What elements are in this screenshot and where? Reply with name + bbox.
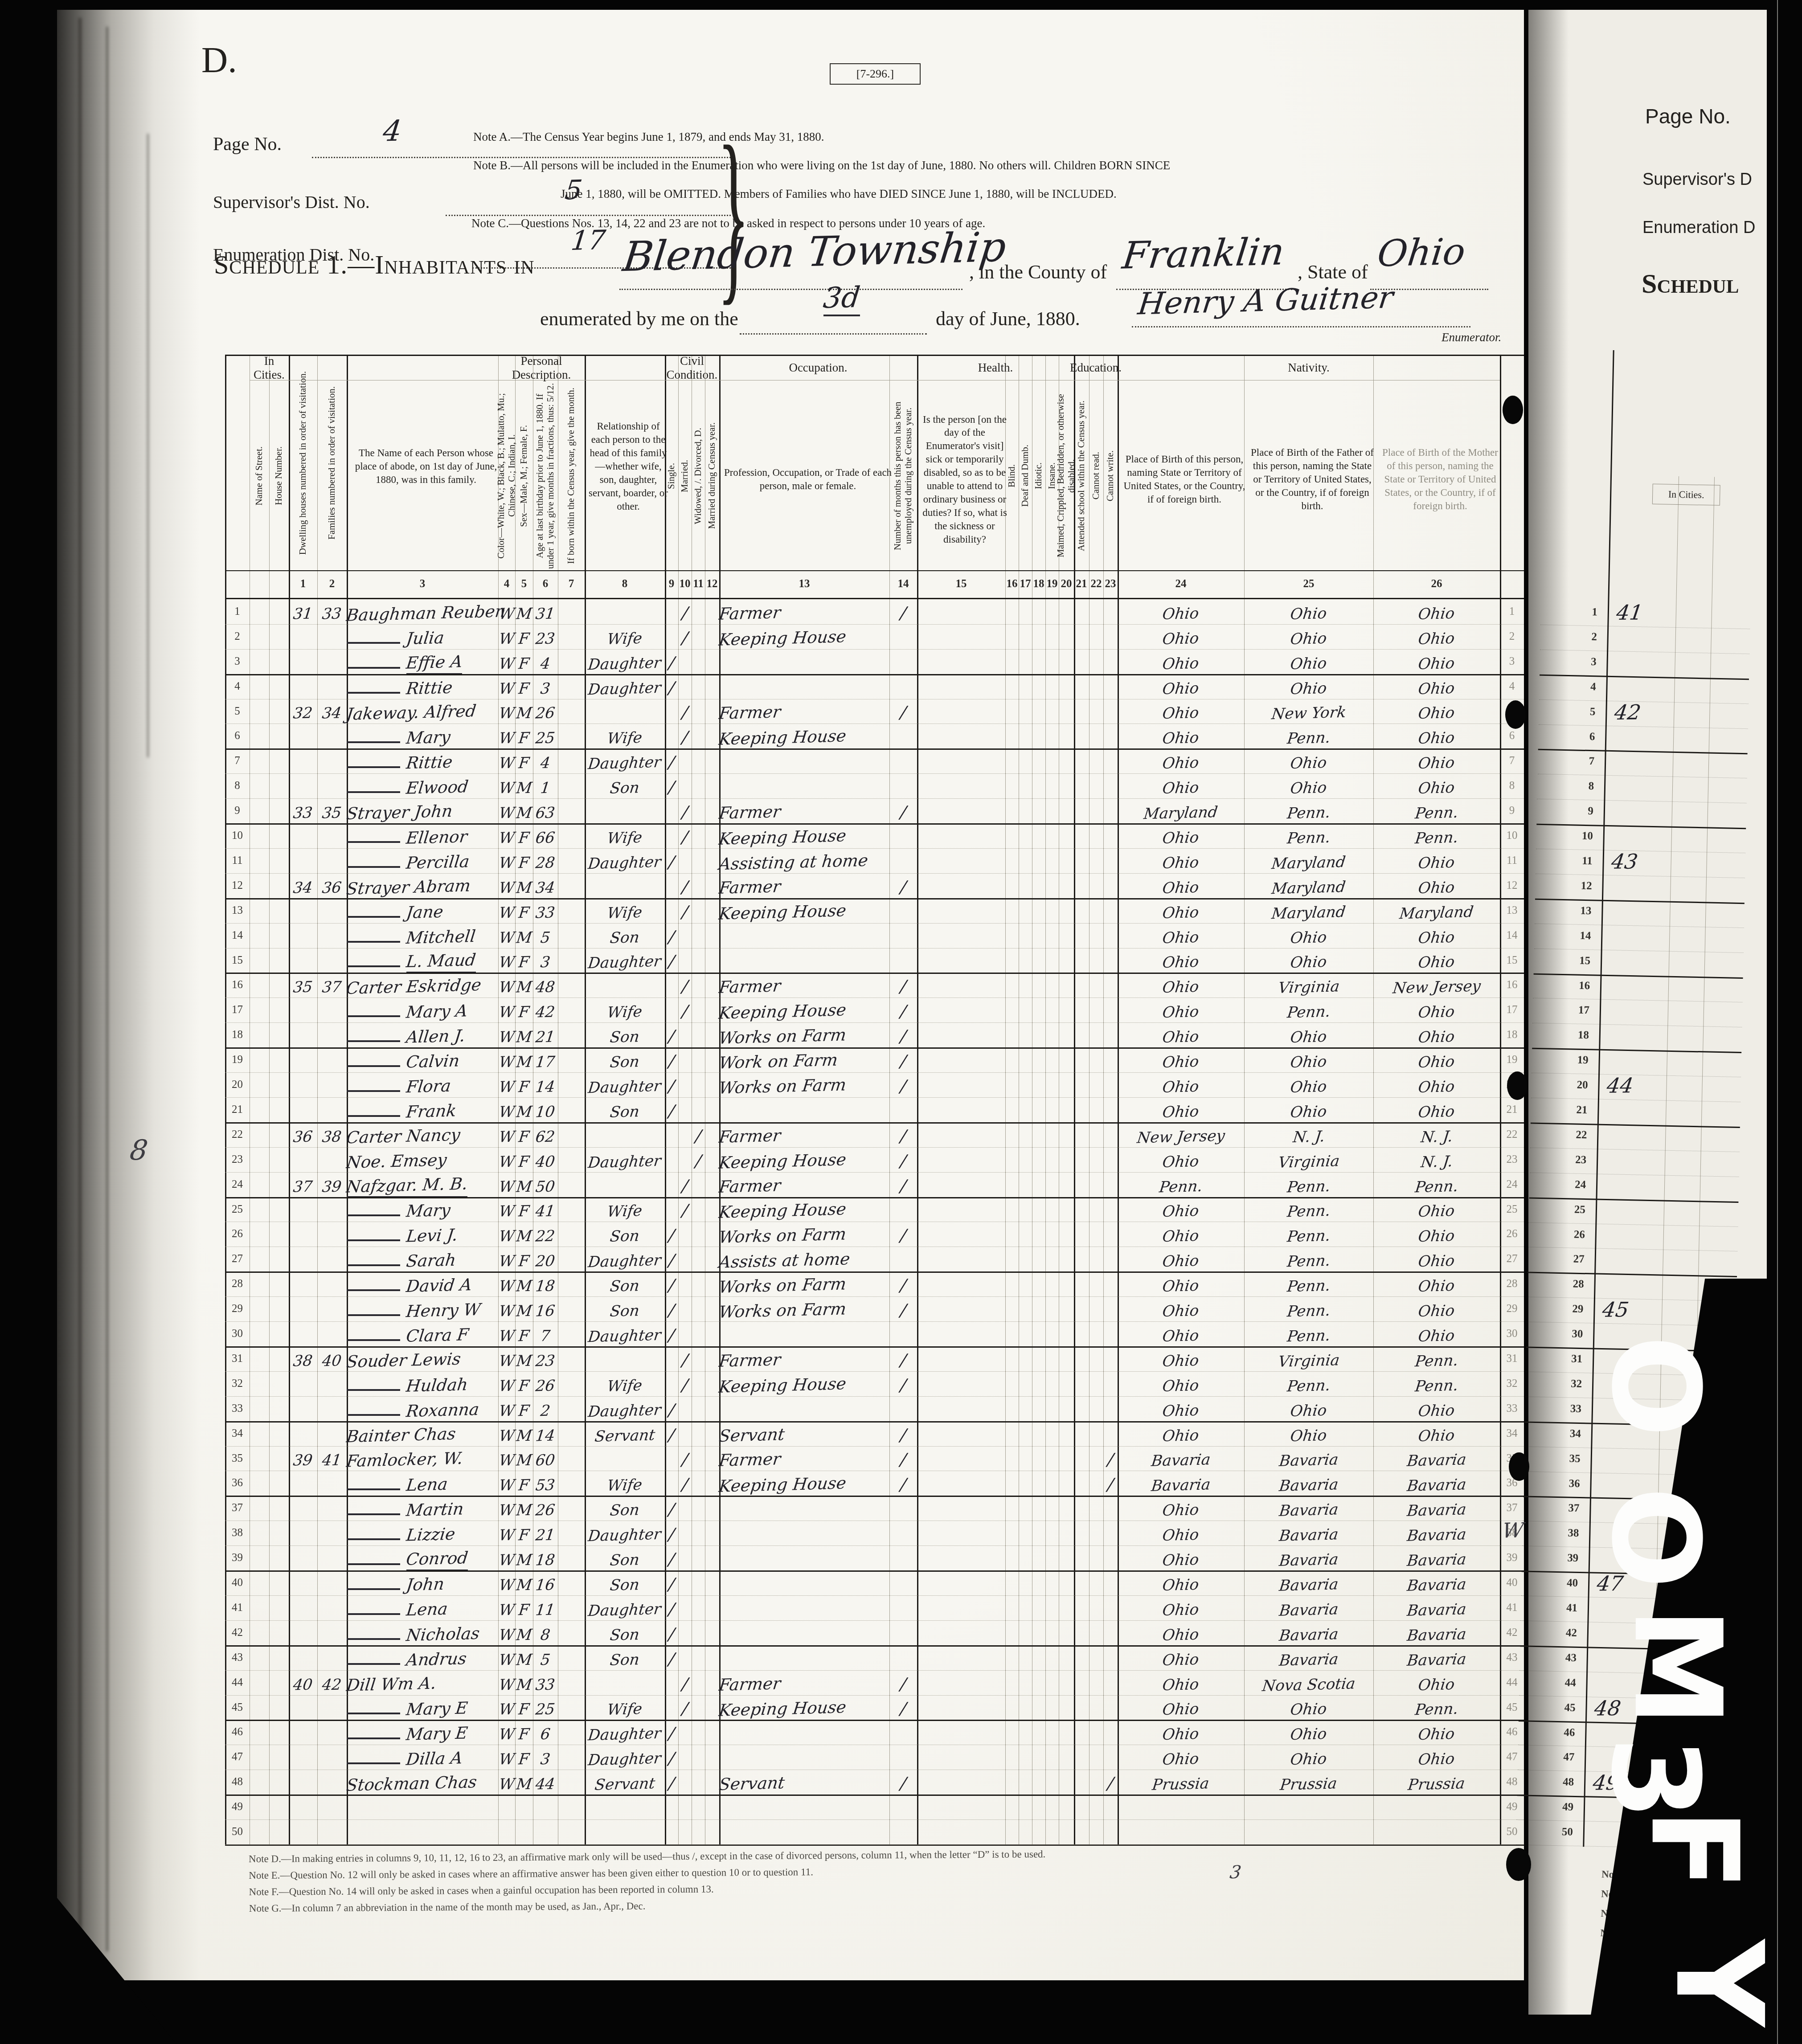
cell-sex: F xyxy=(515,948,533,973)
cell-text: / xyxy=(669,854,675,873)
table-row: 36LenaWF53Wife/Keeping House//BavariaBav… xyxy=(225,1471,1524,1497)
cell-m10: / xyxy=(678,624,692,649)
cell-text: / xyxy=(682,1352,688,1371)
cell-bp: Maryland xyxy=(1118,798,1244,823)
signature-rule xyxy=(1132,326,1470,327)
cell-fb: Bavaria xyxy=(1244,1595,1373,1620)
cell-text: Farmer xyxy=(719,1352,781,1371)
cell-age: 63 xyxy=(533,798,558,823)
cell-rownuml: 16 xyxy=(225,973,250,998)
cell-fb: Penn. xyxy=(1244,1271,1373,1296)
cell-bp: Prussia xyxy=(1118,1770,1244,1795)
cell-mb: Ohio xyxy=(1373,649,1500,674)
cell-age: 33 xyxy=(533,898,558,923)
cell-m14: / xyxy=(889,1471,917,1496)
cell-text: L. Maud xyxy=(406,953,476,973)
cell-text: F xyxy=(519,1752,529,1770)
cell-text: Sarah xyxy=(406,1252,456,1271)
cell-text: F xyxy=(519,1254,529,1271)
cell-rownuml: 28 xyxy=(225,1271,250,1296)
cell-text: Penn. xyxy=(1415,1353,1458,1371)
cell-text: / xyxy=(682,978,688,997)
table-row: 18Allen J.WM21Son/Works on Farm/OhioOhio… xyxy=(225,1022,1524,1049)
cell-text: Lizzie xyxy=(406,1526,455,1545)
cell-text: W xyxy=(499,656,515,674)
cell-text: / xyxy=(669,654,675,674)
adjacent-row-number: 8 xyxy=(1554,780,1594,793)
table-row: 2JuliaWF23Wife/Keeping HouseOhioOhioOhio… xyxy=(225,624,1524,650)
cell-text: / xyxy=(669,1601,675,1620)
cell-text: W xyxy=(499,1304,515,1321)
cell-occ: Keeping House xyxy=(719,1695,889,1720)
cell-dw: 36 xyxy=(289,1122,317,1147)
cell-text: Son xyxy=(610,1279,639,1296)
cell-text: Ohio xyxy=(1163,1154,1199,1172)
cell-bp: Ohio xyxy=(1118,649,1244,674)
cell-text: Ohio xyxy=(1418,1727,1454,1745)
cell-name: Souder Lewis xyxy=(347,1346,498,1371)
cell-text: Ohio xyxy=(1290,1403,1327,1421)
cell-text: 23 xyxy=(536,1353,555,1371)
cell-rownuml: 34 xyxy=(225,1421,250,1446)
cell-color: W xyxy=(498,973,515,998)
cell-text: M xyxy=(516,1503,532,1521)
cell-m14: / xyxy=(889,1022,917,1047)
cell-text: F xyxy=(519,656,529,674)
cell-dw: 39 xyxy=(289,1446,317,1471)
cell-rownuml: 4 xyxy=(225,674,250,699)
cell-rel: Wife xyxy=(585,823,665,848)
cell-text: Penn. xyxy=(1287,1279,1330,1296)
cell-text: 22 xyxy=(536,1229,555,1247)
column-header-col20: Maimed, Crippled, Bedridden, or otherwis… xyxy=(1059,382,1074,569)
cell-text: Keeping House xyxy=(719,1377,846,1396)
cell-text: Ohio xyxy=(1418,1104,1454,1122)
table-row: 4949 xyxy=(225,1795,1524,1820)
cell-text: Carter Nancy xyxy=(347,1128,460,1147)
cell-text: / xyxy=(682,879,688,898)
cell-age: 1 xyxy=(533,773,558,798)
cell-m10: / xyxy=(678,724,692,749)
cell-rel: Wife xyxy=(585,1371,665,1396)
cell-text: F xyxy=(519,1727,529,1745)
cell-occ: Keeping House xyxy=(719,1471,889,1496)
cell-name: Rittie xyxy=(347,674,498,699)
table-row: 40JohnWM16Son/OhioBavariaBavaria40 xyxy=(225,1570,1524,1596)
cell-text: M xyxy=(516,1627,532,1645)
cell-text: / xyxy=(901,1476,906,1496)
cell-text: M xyxy=(516,1777,532,1795)
cell-color: W xyxy=(498,1670,515,1695)
cell-text: 36 xyxy=(322,880,341,898)
column-header-text: Dwelling houses numbered in order of vis… xyxy=(298,371,308,555)
cell-text: M xyxy=(516,980,532,997)
cell-text: Son xyxy=(610,930,639,948)
cell-text: Son xyxy=(610,1652,639,1670)
cell-text: Maryland xyxy=(1400,905,1473,923)
cell-name: John xyxy=(347,1570,498,1595)
cell-text: Effie A xyxy=(406,654,462,674)
adjacent-row-number: 6 xyxy=(1555,730,1595,743)
cell-mb: Ohio xyxy=(1373,1247,1500,1271)
cell-text: / xyxy=(682,1451,688,1471)
cell-age: 66 xyxy=(533,823,558,848)
adjacent-dot-line xyxy=(1535,923,1744,928)
cell-text: Ohio xyxy=(1290,1727,1327,1745)
cell-sex: F xyxy=(515,1595,533,1620)
cell-text: Daughter xyxy=(588,1079,661,1097)
adjacent-dot-line xyxy=(1532,1023,1742,1027)
cell-mb: Ohio xyxy=(1373,1745,1500,1770)
cell-color: W xyxy=(498,823,515,848)
table-row: 48Stockman ChasWM44Servant/Servant//Prus… xyxy=(225,1770,1524,1796)
cell-color: W xyxy=(498,724,515,749)
adjacent-row-number: 27 xyxy=(1544,1253,1585,1266)
cell-text: 33 xyxy=(536,1677,555,1695)
stray-mark: 8 xyxy=(130,1134,147,1166)
cell-sex: F xyxy=(515,1122,533,1147)
cell-rel: Wife xyxy=(585,898,665,923)
cell-text: F xyxy=(519,1005,529,1022)
cell-text: Daughter xyxy=(588,756,661,773)
table-row: 43AndrusWM5Son/OhioBavariaBavaria43 xyxy=(225,1645,1524,1671)
table-row: 21FrankWM10Son/OhioOhioOhio21 xyxy=(225,1097,1524,1124)
cell-text: Wife xyxy=(607,1378,642,1396)
cell-text: 40 xyxy=(536,1154,555,1172)
cell-occ: Keeping House xyxy=(719,724,889,749)
cell-text: Farmer xyxy=(719,1676,781,1695)
cell-m14: / xyxy=(889,1047,917,1072)
table-row: 243739Nafzgar. M. B.WM50/Farmer/Penn.Pen… xyxy=(225,1172,1524,1198)
cell-rel: Son xyxy=(585,1496,665,1521)
cell-text: Wife xyxy=(607,731,642,748)
cell-text: David A xyxy=(406,1277,472,1296)
cell-bp: Ohio xyxy=(1118,1396,1244,1421)
cell-text: Work on Farm xyxy=(719,1053,838,1072)
table-row: 20FloraWF14Daughter/Works on Farm/OhioOh… xyxy=(225,1072,1524,1098)
adjacent-bold-line xyxy=(1535,898,1745,903)
table-row: 34Bainter ChasWM14Servant/Servant/OhioOh… xyxy=(225,1421,1524,1447)
cell-name: Strayer John xyxy=(347,798,498,823)
cell-occ: Assists at home xyxy=(719,1247,889,1271)
cell-text: / xyxy=(669,779,675,798)
cell-rownuml: 49 xyxy=(225,1795,250,1819)
cell-age: 28 xyxy=(533,848,558,873)
cell-text: 26 xyxy=(536,706,555,724)
cell-mb: Bavaria xyxy=(1373,1645,1500,1670)
cell-text: / xyxy=(669,1078,675,1097)
cell-m14: / xyxy=(889,599,917,624)
table-row: 30Clara FWF7Daughter/OhioPenn.Ohio30 xyxy=(225,1321,1524,1348)
cell-text: / xyxy=(669,953,675,973)
cell-text: F xyxy=(519,631,529,649)
cell-fb: Penn. xyxy=(1244,1371,1373,1396)
cell-text: / xyxy=(682,1177,688,1197)
cell-dw: 38 xyxy=(289,1346,317,1371)
cell-text: M xyxy=(516,1353,532,1371)
column-header-text: Attended school within the Census year. xyxy=(1076,401,1087,551)
cell-text: Jane xyxy=(406,904,443,923)
adjacent-bold-line xyxy=(1540,674,1749,679)
cell-text: M xyxy=(516,1453,532,1471)
cell-name: Lena xyxy=(347,1595,498,1620)
cell-text: / xyxy=(682,1003,688,1022)
cell-text: 26 xyxy=(536,1503,555,1521)
cell-name: Noe. Emsey xyxy=(347,1147,498,1172)
cell-text: / xyxy=(669,928,675,948)
cell-rel: Wife xyxy=(585,724,665,749)
cell-text: Percilla xyxy=(406,854,469,873)
cell-bp: Ohio xyxy=(1118,599,1244,624)
cell-text: / xyxy=(901,1676,906,1695)
cell-text: Nicholas xyxy=(406,1626,479,1645)
state-value: Ohio xyxy=(1378,232,1465,274)
cell-fb: Ohio xyxy=(1244,1745,1373,1770)
cell-sex: M xyxy=(515,699,533,724)
cell-text: 18 xyxy=(536,1279,555,1296)
cell-fb: N. J. xyxy=(1244,1122,1373,1147)
cell-age: 23 xyxy=(533,1346,558,1371)
cell-text: Ohio xyxy=(1418,1279,1454,1296)
column-header-col7: If born within the Census year, give the… xyxy=(558,382,585,569)
cell-text: Ohio xyxy=(1163,1329,1199,1346)
table-row: 11PercillaWF28Daughter/Assisting at home… xyxy=(225,848,1524,874)
cell-text: / xyxy=(669,1427,675,1446)
cell-age: 3 xyxy=(533,674,558,699)
cell-name: Frank xyxy=(347,1097,498,1122)
cell-rel: Servant xyxy=(585,1770,665,1795)
cell-text: Ohio xyxy=(1418,1229,1454,1247)
table-row: 444042Dill Wm A.WM33/Farmer/OhioNova Sco… xyxy=(225,1670,1524,1696)
cell-text: / xyxy=(682,729,688,748)
cell-text: Bavaria xyxy=(1407,1578,1466,1595)
adjacent-dot-line xyxy=(1539,724,1748,728)
cell-mb: Bavaria xyxy=(1373,1545,1500,1570)
cell-text: Ohio xyxy=(1290,930,1327,948)
cell-text: 42 xyxy=(322,1677,341,1695)
cell-mb: Penn. xyxy=(1373,823,1500,848)
cell-text: / xyxy=(669,679,675,699)
cell-age: 33 xyxy=(533,1670,558,1695)
cell-text: / xyxy=(696,1153,701,1172)
cell-text: Ohio xyxy=(1163,880,1199,898)
cell-text: Mary xyxy=(406,1202,450,1222)
adjacent-dot-line xyxy=(1530,1147,1740,1152)
cell-text: M xyxy=(516,930,532,948)
cell-rownuml: 1 xyxy=(225,599,250,624)
cell-sex: M xyxy=(515,1421,533,1446)
cell-mb: Bavaria xyxy=(1373,1570,1500,1595)
cell-age: 50 xyxy=(533,1172,558,1197)
cell-text: Virginia xyxy=(1278,1154,1339,1172)
cell-text: Carter Eskridge xyxy=(347,978,481,997)
cell-m9: / xyxy=(665,674,678,699)
cell-color: W xyxy=(498,1047,515,1072)
cell-text: Son xyxy=(610,1104,639,1122)
cell-fb: Bavaria xyxy=(1244,1496,1373,1521)
ditto-dash xyxy=(347,1090,400,1092)
cell-bp: Ohio xyxy=(1118,923,1244,948)
cell-sex: F xyxy=(515,1247,533,1271)
cell-bp: Penn. xyxy=(1118,1172,1244,1197)
cell-text: Penn. xyxy=(1415,805,1458,823)
cell-text: 44 xyxy=(536,1777,555,1795)
cell-fb: Maryland xyxy=(1244,873,1373,898)
column-number-22: 22 xyxy=(1089,570,1103,598)
page-no-rule xyxy=(312,157,731,158)
cell-occ: Farmer xyxy=(719,599,889,624)
cell-occ: Farmer xyxy=(719,973,889,998)
cell-name: Allen J. xyxy=(347,1022,498,1047)
schedule-title: Schedule 1.—Inhabitants in xyxy=(214,249,535,280)
cell-text: Works on Farm xyxy=(719,1028,846,1047)
cell-sex: F xyxy=(515,674,533,699)
column-number-7: 7 xyxy=(558,570,585,598)
cell-text: Farmer xyxy=(719,1178,781,1197)
cell-text: / xyxy=(682,605,688,624)
adjacent-row-number: 30 xyxy=(1543,1327,1583,1341)
cell-m9: / xyxy=(665,773,678,798)
cell-m14: / xyxy=(889,1271,917,1296)
cell-bp: Ohio xyxy=(1118,748,1244,773)
cell-text: New Jersey xyxy=(1137,1129,1225,1147)
cell-text: Penn. xyxy=(1415,1179,1458,1197)
cell-text: / xyxy=(1108,1476,1114,1496)
cell-rownuml: 14 xyxy=(225,923,250,948)
cell-m10: / xyxy=(678,1446,692,1471)
adjacent-row-number: 9 xyxy=(1553,805,1594,818)
cell-text: 16 xyxy=(536,1578,555,1595)
cell-age: 34 xyxy=(533,873,558,898)
cell-text: F xyxy=(519,1528,529,1545)
cell-color: W xyxy=(498,798,515,823)
column-header-health: Health. xyxy=(917,356,1074,380)
column-number-6: 6 xyxy=(533,570,558,598)
cell-text: / xyxy=(669,1626,675,1645)
cell-bp: Ohio xyxy=(1118,1222,1244,1247)
cell-text: W xyxy=(499,1702,515,1720)
cell-text: Nafzgar. M. B. xyxy=(347,1177,467,1197)
adjacent-dot-line xyxy=(1540,650,1749,654)
cell-sex: F xyxy=(515,848,533,873)
cell-name: Elwood xyxy=(347,773,498,798)
cell-mb: Bavaria xyxy=(1373,1620,1500,1645)
cell-fb: Penn. xyxy=(1244,823,1373,848)
cell-text: Ohio xyxy=(1163,781,1199,798)
cell-text: M xyxy=(516,1279,532,1296)
cell-text: / xyxy=(669,1576,675,1595)
table-row: 27SarahWF20Daughter/Assists at homeOhioP… xyxy=(225,1247,1524,1273)
column-header-col8: Relationship of each person to the head … xyxy=(585,356,672,576)
cell-age: 7 xyxy=(533,1321,558,1346)
cell-text: M xyxy=(516,1179,532,1197)
adjacent-dot-line xyxy=(1532,1073,1741,1077)
column-header-text: Sex—Male, M.; Female, F. xyxy=(519,425,529,527)
cell-text: Ohio xyxy=(1418,880,1454,898)
cell-text: 39 xyxy=(293,1453,312,1471)
cell-m10: / xyxy=(678,1197,692,1222)
cell-color: W xyxy=(498,624,515,649)
adjacent-row-number: 40 xyxy=(1538,1576,1578,1590)
cell-bp: Ohio xyxy=(1118,624,1244,649)
note-b-line1: Note B.—All persons will be included in … xyxy=(473,159,1170,172)
cell-fb: Penn. xyxy=(1244,1172,1373,1197)
cell-rownuml: 29 xyxy=(225,1296,250,1321)
cell-text: / xyxy=(669,1103,675,1122)
ditto-dash xyxy=(347,1314,400,1316)
cell-text: 10 xyxy=(536,1104,555,1122)
cell-text: Penn. xyxy=(1287,1204,1330,1222)
cell-color: W xyxy=(498,1072,515,1097)
cell-text: Ohio xyxy=(1290,955,1327,973)
cell-color: W xyxy=(498,748,515,773)
cell-color: W xyxy=(498,1545,515,1570)
column-header-col25: Place of Birth of the Father of this per… xyxy=(1244,382,1380,576)
cell-bp: Ohio xyxy=(1118,1595,1244,1620)
cell-mb: Bavaria xyxy=(1373,1446,1500,1471)
cell-text: Souder Lewis xyxy=(347,1352,460,1371)
cell-text: 37 xyxy=(293,1179,312,1197)
cell-text: / xyxy=(682,630,688,649)
cell-text: Keeping House xyxy=(719,729,846,748)
cell-mb: Ohio xyxy=(1373,1296,1500,1321)
adjacent-row-number: 48 xyxy=(1534,1775,1574,1789)
cell-text: Ohio xyxy=(1290,1030,1327,1047)
cell-fb: Penn. xyxy=(1244,1247,1373,1271)
enumerated-rest: day of June, 1880. xyxy=(936,307,1080,330)
cell-m14: / xyxy=(889,873,917,898)
cell-occ: Servant xyxy=(719,1770,889,1795)
cell-text: W xyxy=(499,1104,515,1122)
cell-text: / xyxy=(669,1227,675,1247)
cell-bp: Ohio xyxy=(1118,699,1244,724)
cell-fb: Virginia xyxy=(1244,1147,1373,1172)
cell-rel: Daughter xyxy=(585,1720,665,1745)
cell-text: Ohio xyxy=(1418,930,1454,948)
column-number-15: 15 xyxy=(917,570,1005,598)
cell-dw: 34 xyxy=(289,873,317,898)
cell-mb: Penn. xyxy=(1373,1371,1500,1396)
cell-text: 23 xyxy=(536,631,555,649)
column-header-col1: Dwelling houses numbered in order of vis… xyxy=(289,356,317,569)
cell-text: 1 xyxy=(541,781,550,798)
cell-mb: Bavaria xyxy=(1373,1496,1500,1521)
cell-text: Ohio xyxy=(1163,1005,1199,1022)
cell-sex: M xyxy=(515,1645,533,1670)
adjacent-row-number: 22 xyxy=(1547,1128,1587,1141)
cell-text: 53 xyxy=(536,1478,555,1496)
column-header-col21: Attended school within the Census year. xyxy=(1074,382,1089,569)
cell-fb: Ohio xyxy=(1244,1022,1373,1047)
cell-text: Son xyxy=(610,1030,639,1047)
cell-rel: Wife xyxy=(585,1197,665,1222)
ditto-dash xyxy=(347,1414,400,1416)
adjacent-row-number: 1 xyxy=(1557,605,1598,619)
cell-text: Ohio xyxy=(1290,606,1327,624)
cell-text: Virginia xyxy=(1278,1353,1339,1371)
cell-rownuml: 36 xyxy=(225,1471,250,1496)
cell-text: / xyxy=(901,1177,906,1197)
cell-m9: / xyxy=(665,1770,678,1795)
adjacent-row-number: 11 xyxy=(1552,854,1593,867)
cell-m14: / xyxy=(889,1296,917,1321)
cell-text: 41 xyxy=(322,1453,341,1471)
adjacent-row-number: 16 xyxy=(1550,979,1590,992)
column-header-col18: Idiotic. xyxy=(1032,382,1045,569)
cell-rel: Daughter xyxy=(585,1396,665,1421)
adjacent-dot-line xyxy=(1540,625,1750,629)
cell-fb: Bavaria xyxy=(1244,1570,1373,1595)
